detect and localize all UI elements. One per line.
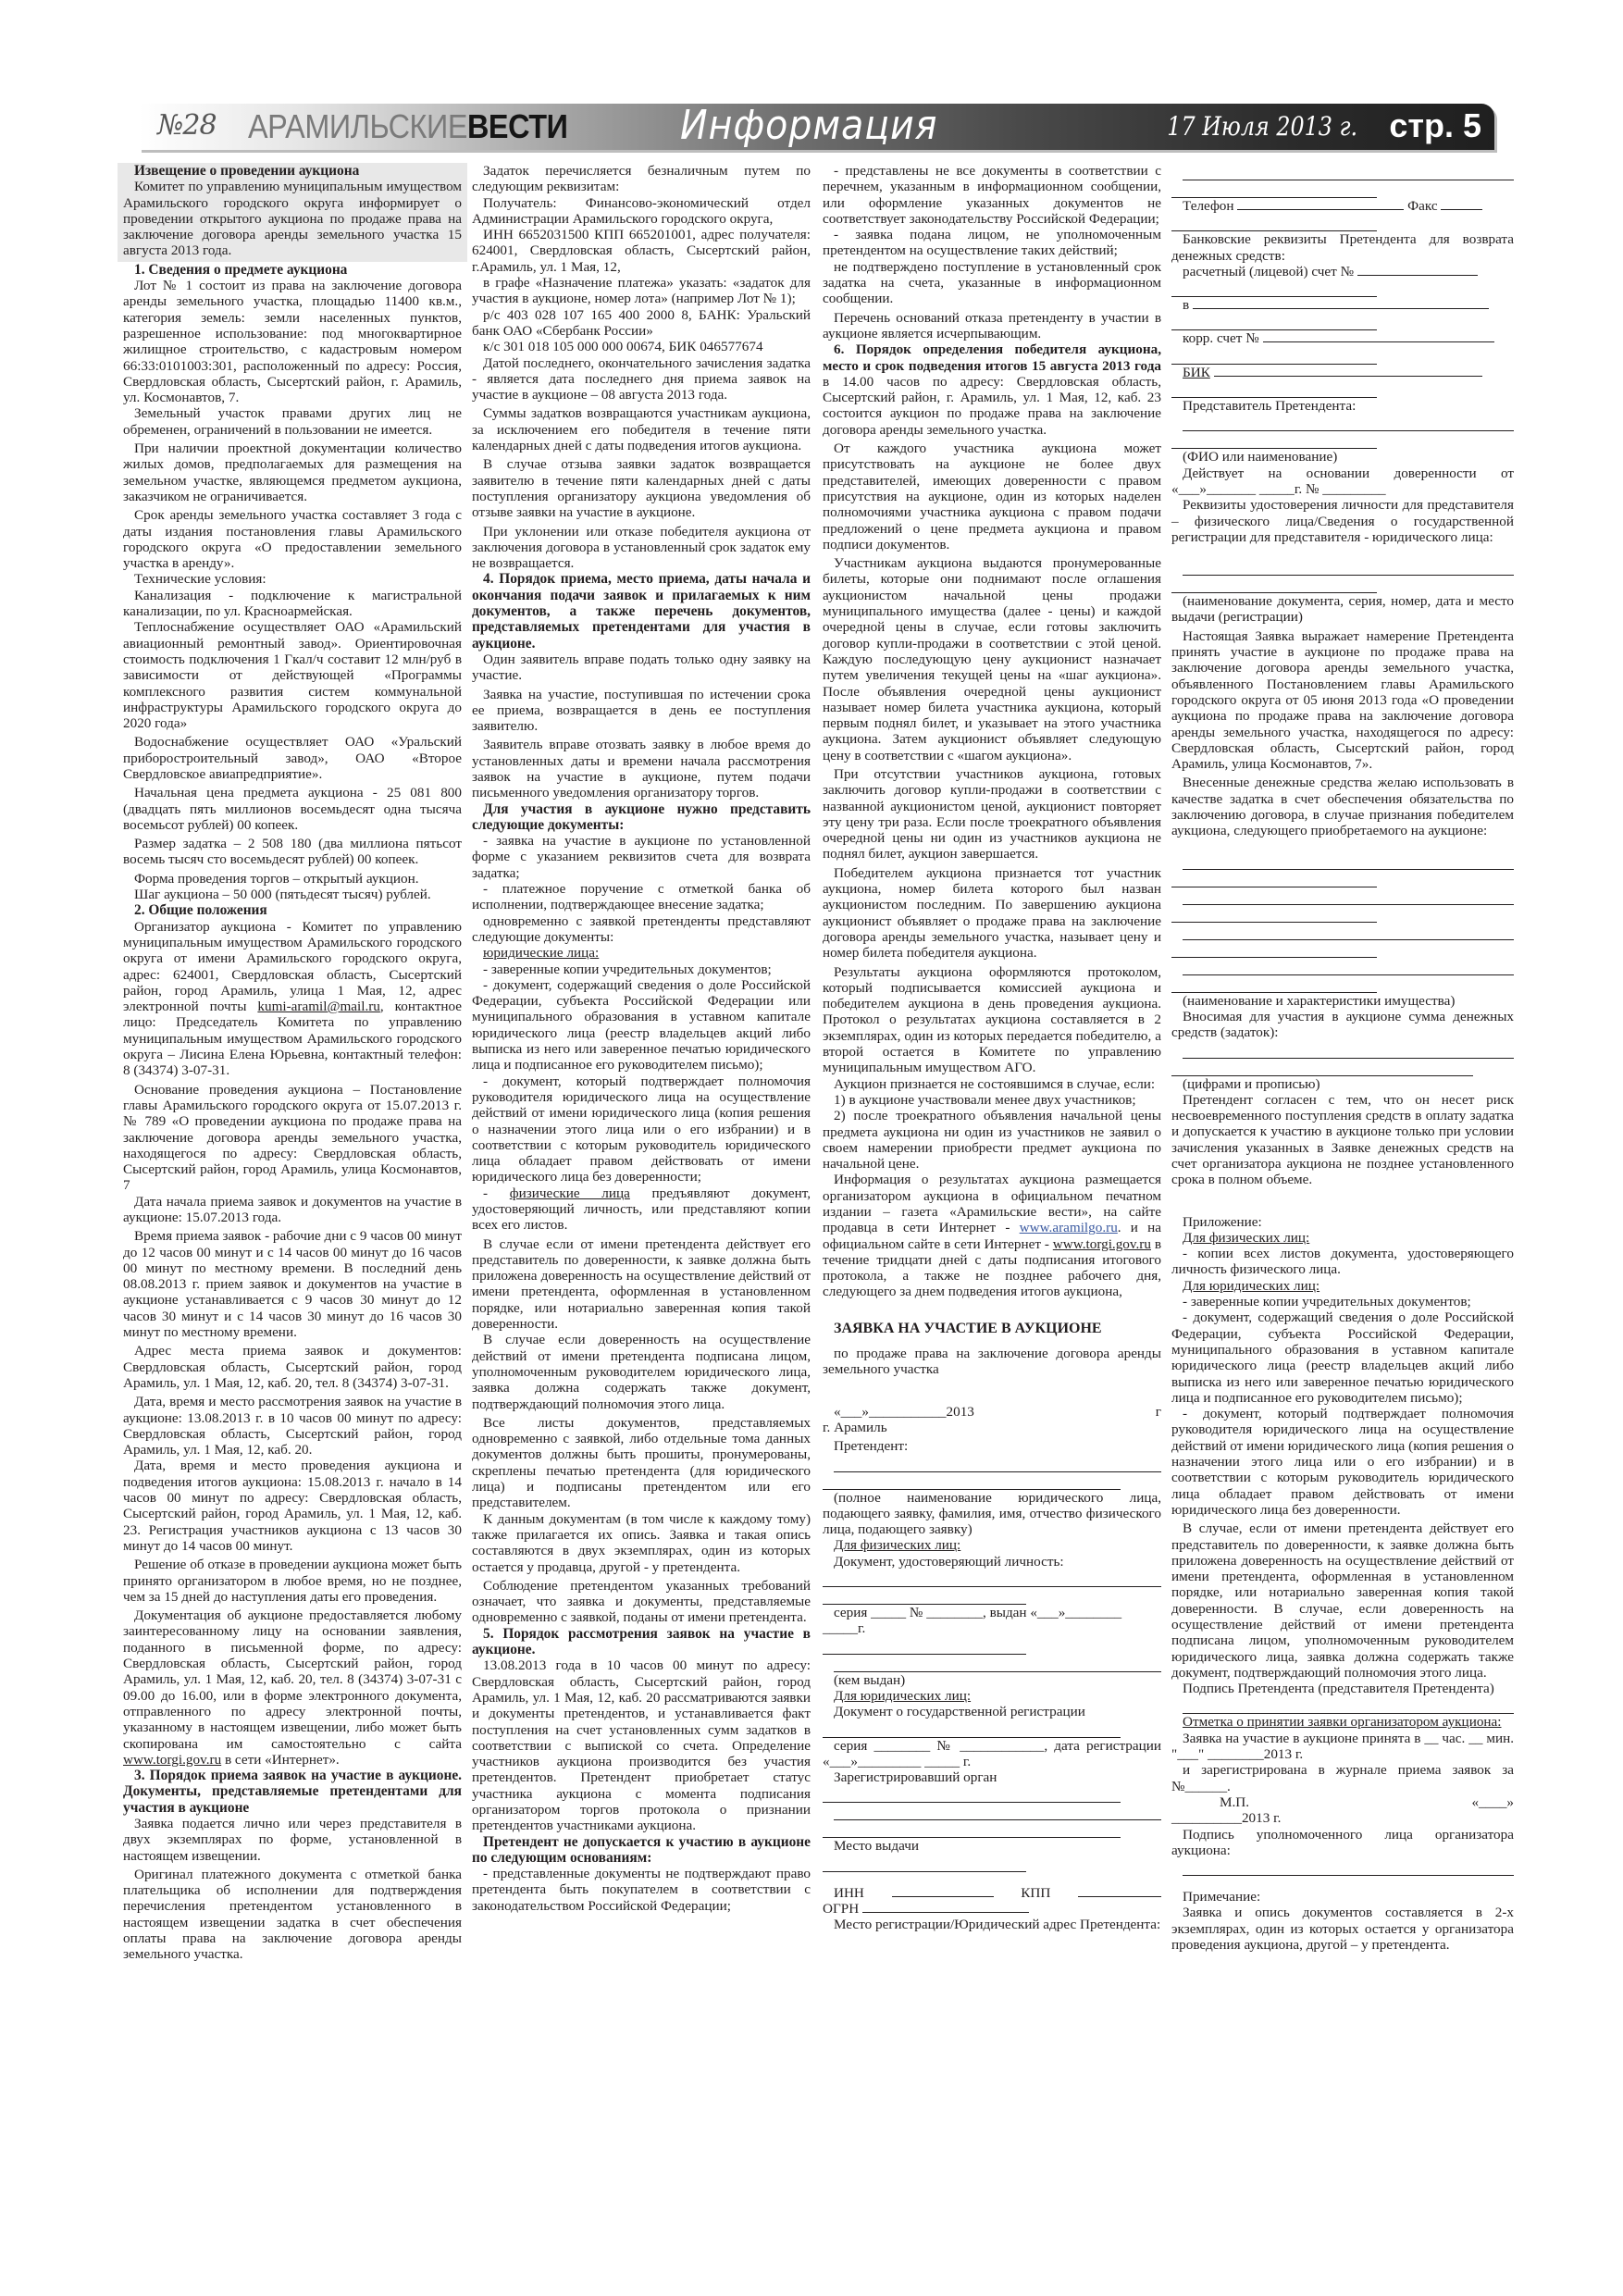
id-document-field[interactable] bbox=[823, 1573, 1161, 1587]
rep-id-field[interactable] bbox=[1183, 562, 1514, 576]
registering-body-field-2[interactable] bbox=[834, 1806, 1161, 1820]
id-issue-field[interactable] bbox=[823, 1641, 1026, 1655]
denial-reasons-title: Претендент не допускается к участию в ау… bbox=[472, 1834, 811, 1867]
column-2: Задаток перечисляется безналичным путем … bbox=[472, 163, 811, 1914]
id-document-field-2[interactable] bbox=[823, 1591, 1026, 1605]
section-2-title: 2. Общие положения bbox=[123, 902, 462, 918]
application-form-title: ЗАЯВКА НА УЧАСТИЕ В АУКЦИОНЕ bbox=[823, 1321, 1161, 1336]
registering-body-field-3[interactable] bbox=[823, 1824, 1121, 1838]
phone-field-2[interactable] bbox=[1171, 217, 1377, 231]
newspaper-title: АРАМИЛЬСКИЕВЕСТИ bbox=[248, 107, 567, 146]
acceptance-title: Отметка о принятии заявки организатором … bbox=[1183, 1714, 1502, 1730]
rep-id-field-2[interactable] bbox=[1171, 579, 1377, 593]
deposit-sum-field-2[interactable] bbox=[1171, 1062, 1473, 1076]
page-number: стр. 5 bbox=[1389, 106, 1481, 145]
legal-entities-label: юридические лица: bbox=[483, 945, 599, 961]
section-5-title: 5. Порядок рассмотрения заявок на участи… bbox=[472, 1626, 811, 1658]
corr-account-field-2[interactable] bbox=[1171, 351, 1377, 365]
individuals-label: Для физических лиц: bbox=[1183, 1230, 1309, 1246]
section-4-title: 4. Порядок приема, место приема, даты на… bbox=[472, 571, 811, 651]
account-field-2[interactable] bbox=[1171, 283, 1377, 297]
stamp-row: М.П.«____» bbox=[1171, 1794, 1514, 1810]
masthead-bar: №28 АРАМИЛЬСКИЕВЕСТИ Информация 17 Июля … bbox=[139, 104, 1494, 150]
legal-entities-label: Для юридических лиц: bbox=[834, 1688, 971, 1704]
bik-field-2[interactable] bbox=[1171, 384, 1377, 398]
representative-field-2[interactable] bbox=[1171, 435, 1377, 449]
registration-doc-field[interactable] bbox=[823, 1724, 1121, 1738]
property-field-6[interactable] bbox=[1171, 944, 1377, 958]
inn-kpp-row: ИННКПП bbox=[823, 1885, 1161, 1901]
bik-field[interactable] bbox=[1214, 365, 1482, 377]
section-1-title: 1. Сведения о предмете аукциона bbox=[123, 262, 462, 278]
place-of-issue-field[interactable] bbox=[823, 1858, 1026, 1872]
applicant-name-field[interactable] bbox=[834, 1458, 1161, 1472]
property-field-2[interactable] bbox=[1171, 874, 1377, 887]
corr-account-field[interactable] bbox=[1263, 330, 1494, 342]
kpp-field[interactable] bbox=[1078, 1885, 1161, 1897]
applicant-name-field-2[interactable] bbox=[823, 1476, 1121, 1490]
section-3-title: 3. Порядок приема заявок на участие в ау… bbox=[123, 1768, 462, 1816]
inn-field[interactable] bbox=[892, 1885, 994, 1897]
registering-body-field[interactable] bbox=[823, 1789, 1121, 1803]
email-link[interactable]: kumi-aramil@mail.ru bbox=[257, 999, 380, 1014]
deposit-sum-field[interactable] bbox=[1183, 1045, 1514, 1059]
torgi-link[interactable]: www.torgi.gov.ru bbox=[1053, 1236, 1151, 1252]
property-field-1[interactable] bbox=[1183, 856, 1514, 870]
issue-number: №28 bbox=[157, 109, 217, 142]
section-6-title: 6. Порядок определения победителя аукцио… bbox=[823, 341, 1161, 373]
phone-field[interactable] bbox=[1237, 198, 1404, 210]
column-3: - представлены не все документы в соотве… bbox=[823, 163, 1161, 1933]
address-field[interactable] bbox=[1183, 167, 1514, 180]
torgi-link[interactable]: www.torgi.gov.ru bbox=[123, 1752, 221, 1768]
signature-field[interactable] bbox=[1183, 1700, 1514, 1714]
issue-date: 17 Июля 2013 г. bbox=[1167, 111, 1357, 142]
legal-entities-label: Для юридических лиц: bbox=[1183, 1278, 1319, 1294]
property-field-3[interactable] bbox=[1183, 891, 1514, 905]
notice-intro-box: Извещение о проведении аукциона Комитет … bbox=[118, 163, 467, 262]
property-field-4[interactable] bbox=[1171, 909, 1377, 923]
ogrn-field[interactable] bbox=[862, 1901, 1029, 1913]
property-field-5[interactable] bbox=[1183, 926, 1514, 940]
required-docs-title: Для участия в аукционе нужно представить… bbox=[472, 801, 811, 834]
issued-by-field[interactable] bbox=[834, 1658, 1161, 1672]
account-field[interactable] bbox=[1357, 264, 1478, 276]
fax-field[interactable] bbox=[1441, 198, 1482, 210]
section-title: Информация bbox=[680, 102, 937, 149]
aramilgo-link[interactable]: www.aramilgo.ru bbox=[1020, 1220, 1118, 1235]
form-date-row: «___»___________2013г bbox=[823, 1404, 1161, 1420]
individuals-label: физические лица bbox=[510, 1185, 630, 1201]
notice-title: Извещение о проведении аукциона bbox=[123, 163, 462, 179]
representative-field[interactable] bbox=[1183, 417, 1514, 431]
address-field-2[interactable] bbox=[1171, 184, 1377, 198]
column-1: Извещение о проведении аукциона Комитет … bbox=[123, 163, 462, 1963]
column-4: Телефон Факс Банковские реквизиты Претен… bbox=[1171, 163, 1514, 1953]
property-field-8[interactable] bbox=[1171, 979, 1377, 993]
property-field-7[interactable] bbox=[1183, 962, 1514, 975]
bank-name-field[interactable] bbox=[1193, 297, 1489, 309]
organizer-signature-field[interactable] bbox=[1183, 1862, 1514, 1876]
individuals-label: Для физических лиц: bbox=[834, 1537, 960, 1553]
bank-name-field-2[interactable] bbox=[1171, 316, 1377, 330]
